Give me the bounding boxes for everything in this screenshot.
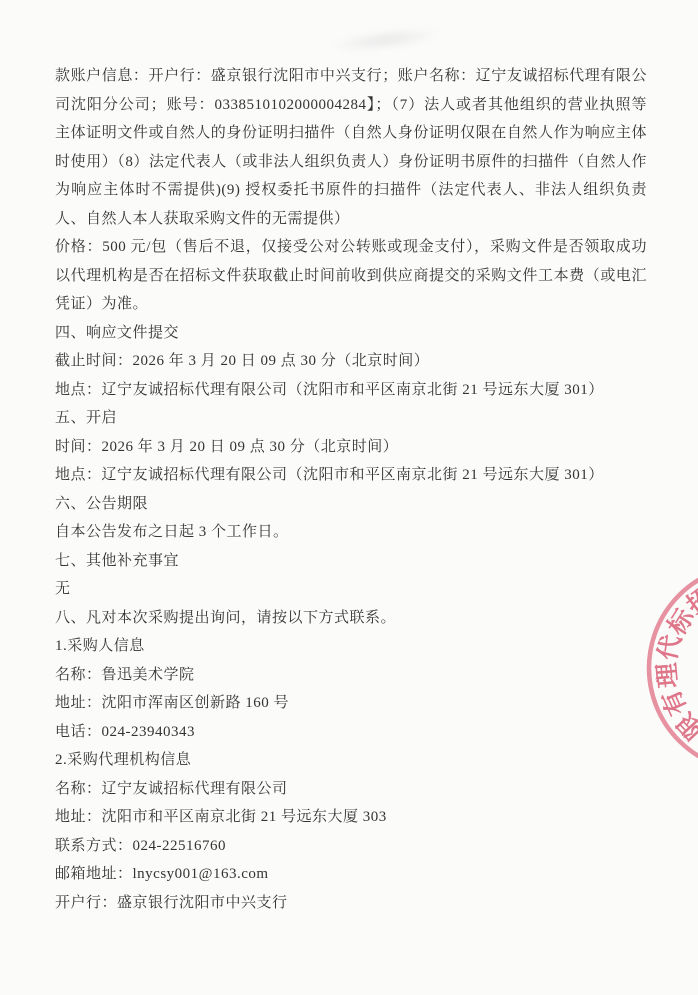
agency-name-line: 名称：辽宁友诚招标代理有限公司 [55,775,647,804]
agency-bank-line: 开户行：盛京银行沈阳市中兴支行 [55,889,647,918]
announcement-period-line: 自本公告发布之日起 3 个工作日。 [55,518,647,547]
purchaser-name-line: 名称：鲁迅美术学院 [55,661,647,690]
red-seal-stamp: 招 标 代 理 有 限 [620,550,698,830]
section-8-heading: 八、凡对本次采购提出询问，请按以下方式联系。 [55,604,647,633]
opening-location-line: 地点：辽宁友诚招标代理有限公司（沈阳市和平区南京北街 21 号远东大厦 301） [55,461,647,490]
purchaser-address-line: 地址：沈阳市浑南区创新路 160 号 [55,689,647,718]
agency-email-line: 邮箱地址：lnycsy001@163.com [55,860,647,889]
submission-deadline-line: 截止时间：2026 年 3 月 20 日 09 点 30 分（北京时间） [55,347,647,376]
remittance-account-paragraph: 款账户信息：开户行：盛京银行沈阳市中兴支行；账户名称：辽宁友诚招标代理有限公司沈… [55,62,647,233]
section-4-heading: 四、响应文件提交 [55,319,647,348]
section-6-heading: 六、公告期限 [55,490,647,519]
opening-time-line: 时间：2026 年 3 月 20 日 09 点 30 分（北京时间） [55,433,647,462]
purchaser-phone-line: 电话：024-23940343 [55,718,647,747]
agency-contact-line: 联系方式：024-22516760 [55,832,647,861]
document-page: 款账户信息：开户行：盛京银行沈阳市中兴支行；账户名称：辽宁友诚招标代理有限公司沈… [0,0,698,995]
seal-ring-char: 理 [653,661,683,689]
agency-address-line: 地址：沈阳市和平区南京北街 21 号远东大厦 303 [55,803,647,832]
document-content: 款账户信息：开户行：盛京银行沈阳市中兴支行；账户名称：辽宁友诚招标代理有限公司沈… [55,62,647,917]
scan-smudge [327,23,444,57]
purchaser-info-subheading: 1.采购人信息 [55,632,647,661]
supplementary-none-line: 无 [55,575,647,604]
submission-location-line: 地点：辽宁友诚招标代理有限公司（沈阳市和平区南京北街 21 号远东大厦 301） [55,376,647,405]
agency-info-subheading: 2.采购代理机构信息 [55,746,647,775]
section-7-heading: 七、其他补充事宜 [55,547,647,576]
section-5-heading: 五、开启 [55,404,647,433]
price-paragraph: 价格：500 元/包（售后不退，仅接受公对公转账或现金支付），采购文件是否领取成… [55,233,647,319]
